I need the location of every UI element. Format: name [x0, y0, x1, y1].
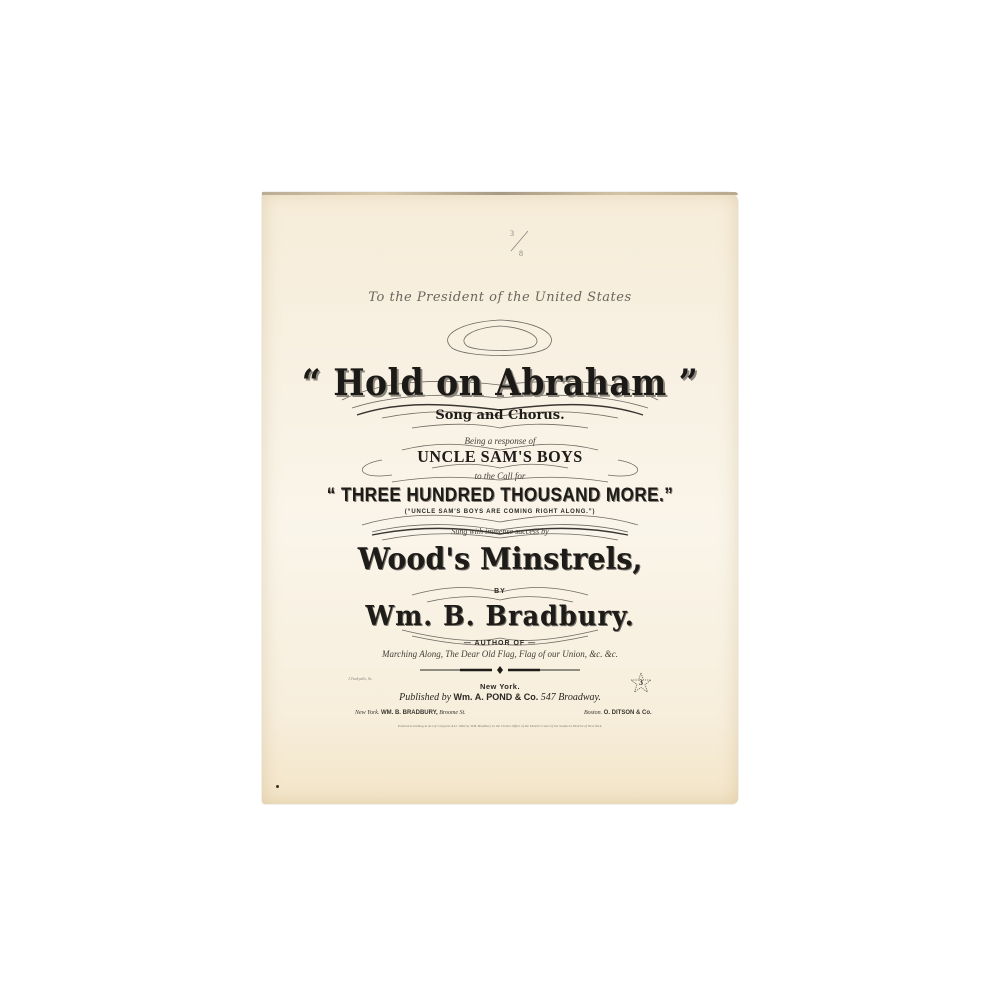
- agent-left-name: WM. B. BRADBURY,: [381, 710, 438, 716]
- sung-by-line: Sung with immense success by: [262, 527, 738, 536]
- agent-left-city: New York.: [355, 710, 379, 716]
- author-of-label: — AUTHOR OF —: [262, 640, 738, 647]
- response-intro: Being a response of: [262, 436, 738, 446]
- song-title: “ Hold on Abraham ”: [281, 362, 719, 404]
- publisher-address: 547 Broadway.: [541, 692, 601, 703]
- publisher-line: Published by Wm. A. POND & Co. 547 Broad…: [262, 692, 738, 703]
- call-intro: to the Call for: [262, 471, 738, 481]
- agent-right: Boston. O. DITSON & Co.: [584, 710, 652, 716]
- publisher-name: Wm. A. POND & Co.: [454, 692, 539, 702]
- agent-left-address: Broome St.: [439, 710, 465, 716]
- svg-text:3: 3: [510, 229, 514, 238]
- ornamental-divider: [420, 666, 580, 674]
- pencil-annotation: 3 8: [508, 225, 532, 261]
- copyright-notice: Entered according to Act of Congress A.D…: [262, 724, 738, 728]
- agent-right-city: Boston.: [584, 710, 602, 716]
- song-subtitle: Song and Chorus.: [262, 408, 738, 423]
- response-from: UNCLE SAM'S BOYS: [274, 447, 726, 467]
- other-works: Marching Along, The Dear Old Flag, Flag …: [262, 649, 738, 659]
- composer: Wm. B. Bradbury.: [274, 601, 726, 632]
- paper-blemish: [276, 785, 279, 788]
- agent-left: New York. WM. B. BRADBURY, Broome St.: [355, 710, 466, 716]
- svg-text:8: 8: [519, 249, 523, 258]
- published-by-prefix: Published by: [399, 692, 451, 703]
- alternate-title: (“UNCLE SAM'S BOYS ARE COMING RIGHT ALON…: [262, 509, 738, 515]
- performers: Wood's Minstrels,: [274, 542, 726, 577]
- lithographer-credit: J.Tuckyalls, Sc.: [348, 676, 373, 681]
- agent-right-name: O. DITSON & Co.: [604, 710, 652, 716]
- by-label: BY: [262, 588, 738, 595]
- call-title: “ THREE HUNDRED THOUSAND MORE.”: [286, 485, 714, 507]
- publisher-city: New York.: [262, 682, 738, 691]
